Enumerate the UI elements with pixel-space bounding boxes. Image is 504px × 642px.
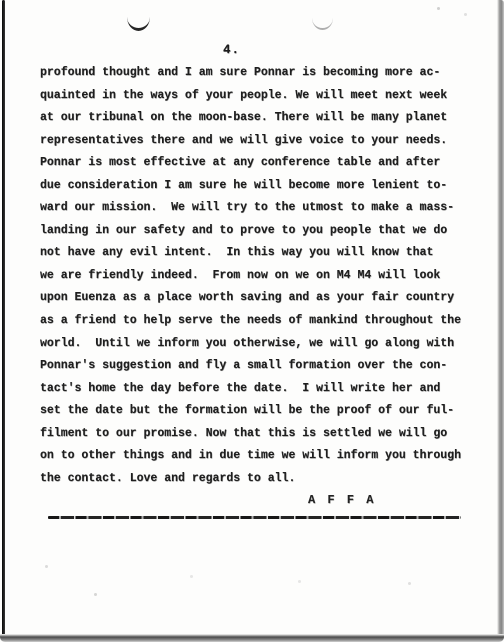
text-line: upon Euenza as a place worth saving and …: [40, 287, 472, 310]
signature-affa: A F F A: [308, 493, 376, 507]
text-line: quainted in the ways of your people. We …: [40, 85, 472, 108]
scan-mark-crescent-light: [312, 18, 333, 30]
text-line: the contact. Love and regards to all.: [40, 468, 472, 491]
text-line: tact's home the day before the date. I w…: [40, 378, 472, 401]
text-line: ward our mission. We will try to the utm…: [40, 197, 472, 220]
scan-speck: [408, 582, 411, 585]
text-line: set the date but the formation will be t…: [40, 400, 472, 423]
text-line: world. Until we inform you otherwise, we…: [40, 333, 472, 356]
typed-separator-line: [48, 516, 461, 519]
scan-speck: [94, 593, 97, 596]
text-line: on to other things and in due time we wi…: [40, 445, 472, 468]
text-line: at our tribunal on the moon-base. There …: [40, 107, 472, 130]
text-line: as a friend to help serve the needs of m…: [40, 310, 472, 333]
frame-bottom-shadow: [0, 634, 504, 642]
scan-speck: [464, 13, 467, 16]
text-line: we are friendly indeed. From now on we o…: [40, 265, 472, 288]
text-line: due consideration I am sure he will beco…: [40, 175, 472, 198]
scan-speck: [190, 575, 193, 578]
scan-speck: [45, 565, 48, 568]
frame-right-shadow: [497, 0, 504, 640]
scan-mark-crescent-dark: [127, 17, 150, 31]
text-line: representatives there and we will give v…: [40, 130, 472, 153]
letter-body: profound thought and I am sure Ponnar is…: [40, 62, 472, 490]
text-line: landing in our safety and to prove to yo…: [40, 220, 472, 243]
text-line: Ponnar is most effective at any conferen…: [40, 152, 472, 175]
text-line: not have any evil intent. In this way yo…: [40, 242, 472, 265]
text-line: filment to our promise. Now that this is…: [40, 423, 472, 446]
scan-speck: [437, 7, 440, 10]
text-line: profound thought and I am sure Ponnar is…: [40, 62, 472, 85]
scanned-letter-page: 4. profound thought and I am sure Ponnar…: [0, 0, 504, 642]
text-line: Ponnar's suggestion and fly a small form…: [40, 355, 472, 378]
scan-speck: [298, 580, 301, 583]
scan-edge-line: [2, 0, 5, 637]
page-number: 4.: [223, 43, 240, 57]
